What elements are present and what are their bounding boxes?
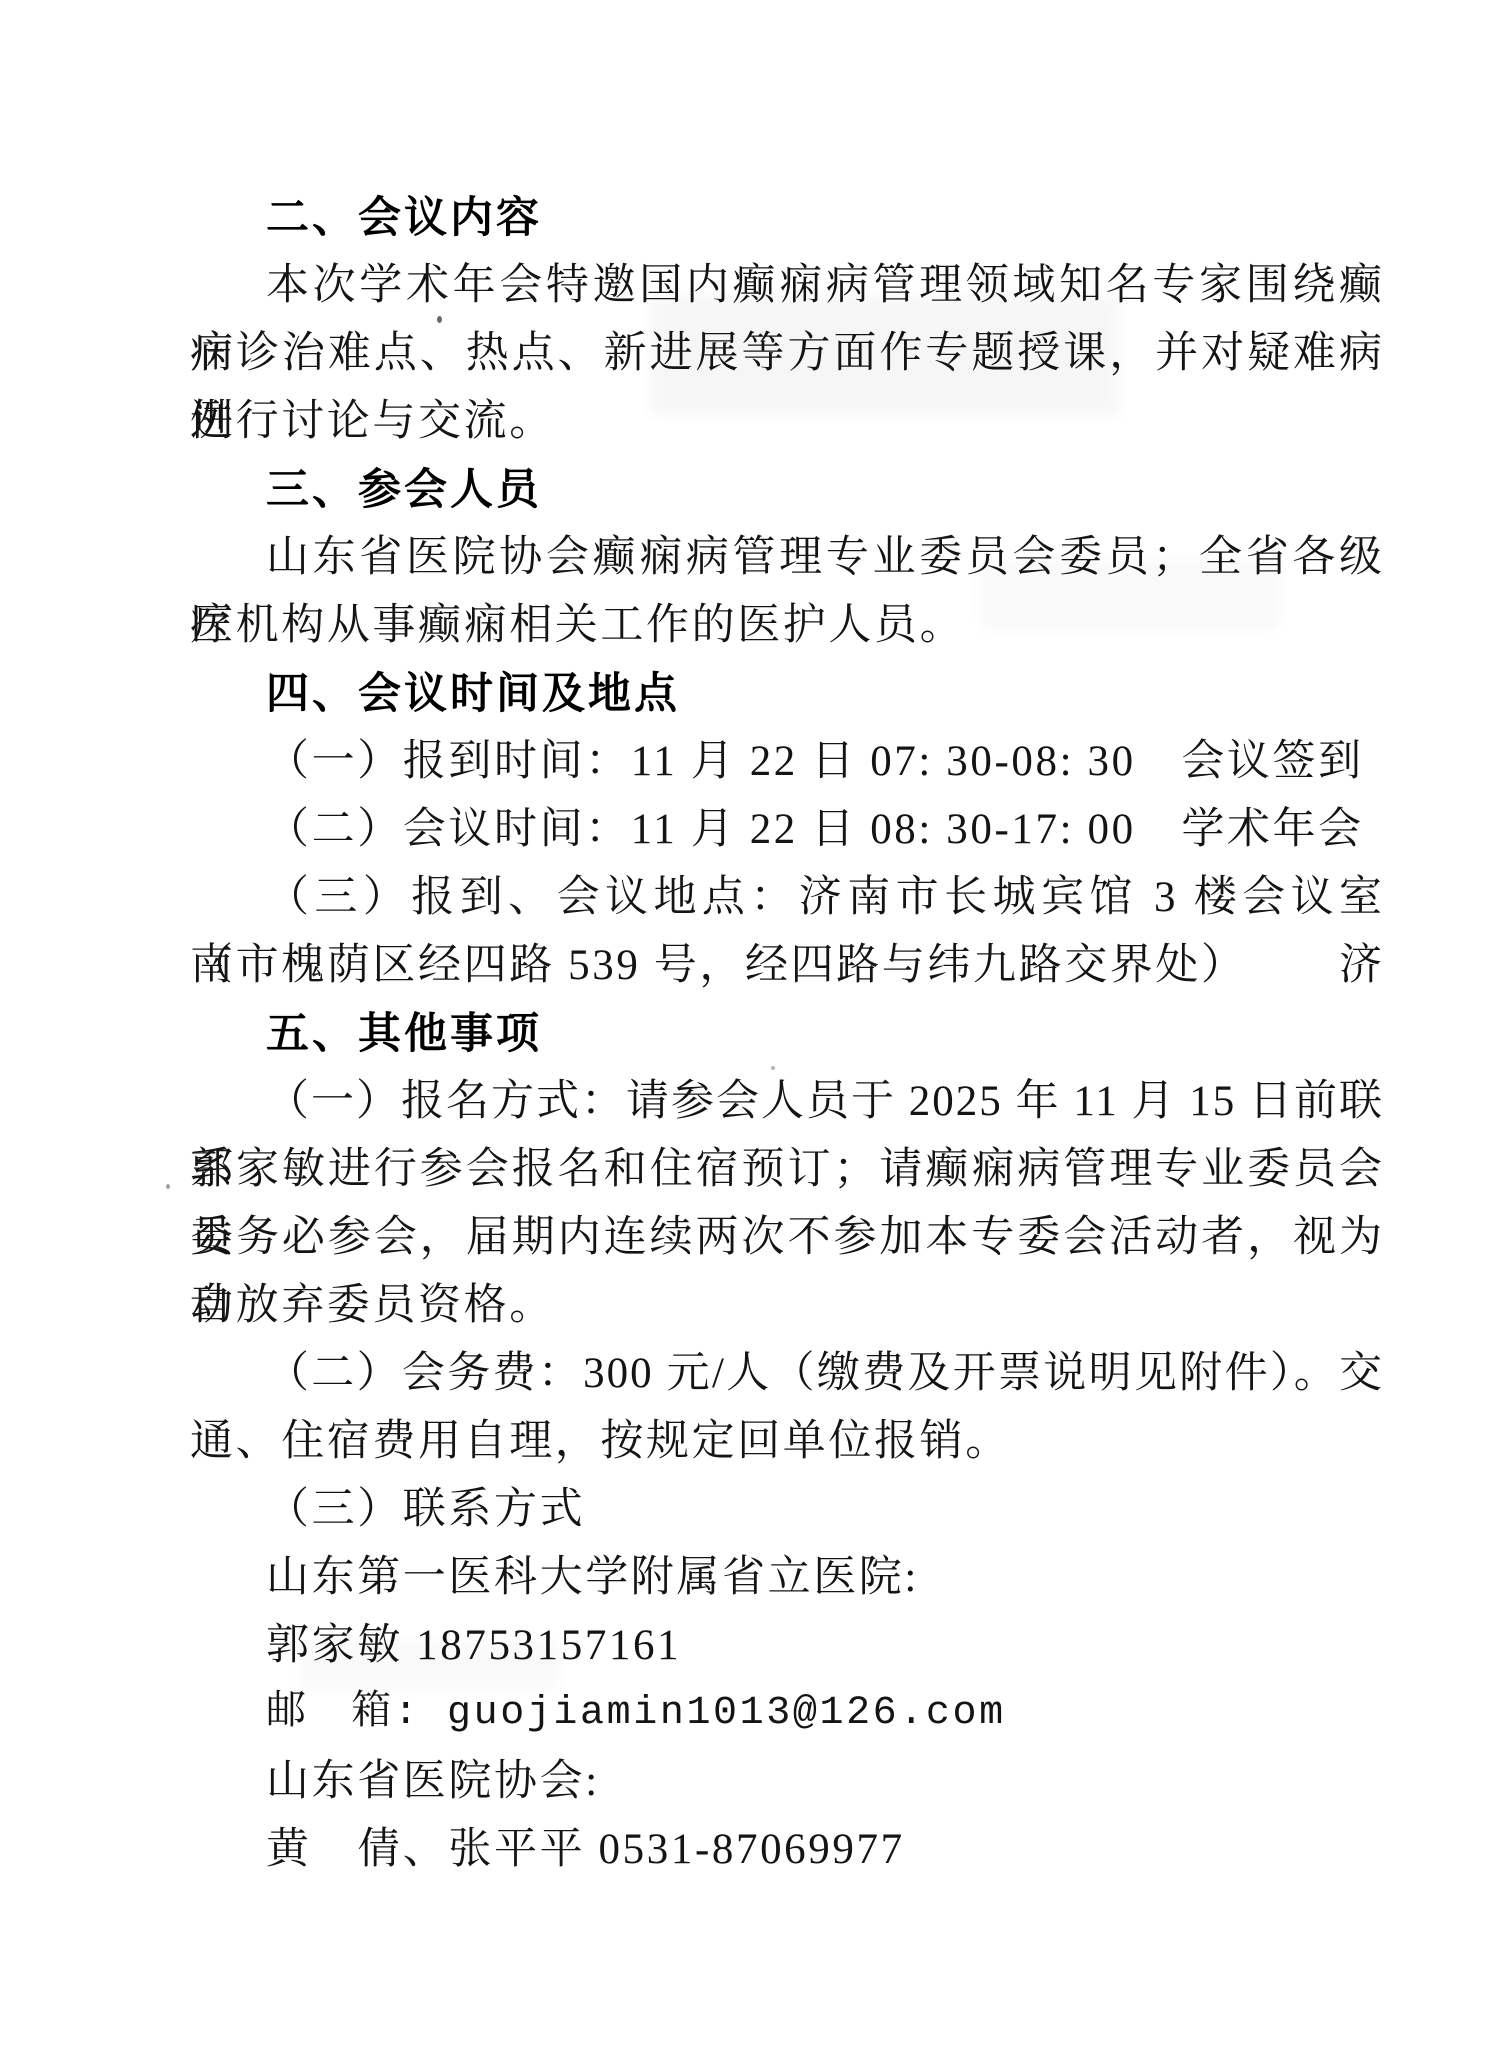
section-heading-time-location: 四、会议时间及地点 (190, 660, 1384, 728)
document-text-block: 二、会议内容 本次学术年会特邀国内癫痫病管理领域知名专家围绕癫痫 病诊治难点、热… (190, 184, 1384, 1884)
text-line: 病诊治难点、热点、新进展等方面作专题授课，并对疑难病例 (190, 320, 1384, 388)
text-line: 本次学术年会特邀国内癫痫病管理领域知名专家围绕癫痫 (190, 252, 1384, 320)
text-line-registration: （一）报名方式：请参会人员于 2025 年 11 月 15 日前联系 (190, 1068, 1384, 1136)
text-line: 员务必参会，届期内连续两次不参加本专委会活动者，视为自 (190, 1204, 1384, 1272)
section-heading-meeting-content: 二、会议内容 (190, 184, 1384, 252)
text-line: 山东省医院协会癫痫病管理专业委员会委员；全省各级医 (190, 524, 1384, 592)
text-line: 进行讨论与交流。 (190, 388, 1384, 456)
text-line: 郭家敏进行参会报名和住宿预订；请癫痫病管理专业委员会委 (190, 1136, 1384, 1204)
text-line-hospital-name: 山东第一医科大学附属省立医院: (190, 1544, 1384, 1612)
text-line: 动放弃委员资格。 (190, 1272, 1384, 1340)
section-heading-participants: 三、参会人员 (190, 456, 1384, 524)
text-line-contact-heading: （三）联系方式 (190, 1476, 1384, 1544)
text-line-association-name: 山东省医院协会: (190, 1748, 1384, 1816)
text-line-contact-phone-guo: 郭家敏 18753157161 (190, 1612, 1384, 1680)
text-line-contact-phone-assoc: 黄 倩、张平平 0531-87069977 (190, 1816, 1384, 1884)
text-line: 通、住宿费用自理，按规定回单位报销。 (190, 1408, 1384, 1476)
text-line-fee: （二）会务费：300 元/人（缴费及开票说明见附件）。交 (190, 1340, 1384, 1408)
text-line-meeting-time: （二）会议时间：11 月 22 日 08: 30-17: 00 学术年会 (190, 796, 1384, 864)
text-line-address: 南市槐荫区经四路 539 号，经四路与纬九路交界处） (190, 932, 1384, 1000)
scan-speck (166, 1184, 170, 1189)
section-heading-other-matters: 五、其他事项 (190, 1000, 1384, 1068)
text-line-contact-email: 邮 箱: guojiamin1013@126.com (190, 1680, 1384, 1748)
text-line-checkin-time: （一）报到时间：11 月 22 日 07: 30-08: 30 会议签到 (190, 728, 1384, 796)
text-line-location: （三）报到、会议地点：济南市长城宾馆 3 楼会议室（济 (190, 864, 1384, 932)
text-line: 疗机构从事癫痫相关工作的医护人员。 (190, 592, 1384, 660)
document-page: 二、会议内容 本次学术年会特邀国内癫痫病管理领域知名专家围绕癫痫 病诊治难点、热… (0, 0, 1500, 2061)
